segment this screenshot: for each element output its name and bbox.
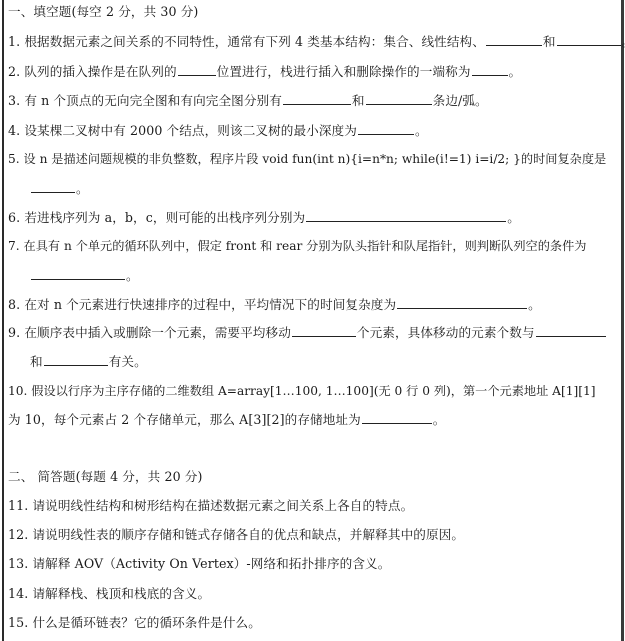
- question-number: 7.: [8, 239, 20, 253]
- question-7-continued: 。: [30, 267, 139, 285]
- question-5-continued: 。: [30, 180, 89, 198]
- answer-blank: [472, 63, 508, 76]
- question-10: 10. 假设以行序为主序存储的二维数组 A=array[1…100, 1…100…: [8, 382, 595, 400]
- answer-blank: [362, 411, 432, 424]
- answer-blank: [366, 92, 432, 105]
- question-9: 9. 在顺序表中插入或删除一个元素，需要平均移动个元素，具体移动的元素个数与: [8, 324, 607, 342]
- answer-blank: [44, 353, 108, 366]
- answer-blank: [178, 63, 216, 76]
- question-3: 3. 有 n 个顶点的无向完全图和有向完全图分别有和条边/弧。: [8, 92, 488, 110]
- question-number: 5.: [8, 152, 20, 166]
- question-number: 11.: [8, 498, 28, 513]
- answer-blank: [31, 180, 75, 193]
- answer-blank: [397, 296, 527, 309]
- answer-blank: [31, 267, 125, 280]
- question-9-continued: 和有关。: [30, 353, 147, 371]
- answer-blank: [358, 122, 414, 135]
- answer-blank: [283, 92, 351, 105]
- question-number: 6.: [8, 210, 20, 225]
- question-5: 5. 设 n 是描述问题规模的非负整数，程序片段 void fun(int n)…: [8, 150, 606, 168]
- question-number: 8.: [8, 297, 20, 312]
- question-number: 13.: [8, 556, 28, 571]
- question-12: 12. 请说明线性表的顺序存储和链式存储各自的优点和缺点，并解释其中的原因。: [8, 526, 464, 544]
- question-number: 9.: [8, 325, 20, 340]
- question-number: 14.: [8, 586, 28, 601]
- question-number: 4.: [8, 123, 20, 138]
- question-number: 12.: [8, 527, 28, 542]
- question-2: 2. 队列的插入操作是在队列的位置进行，栈进行插入和删除操作的一端称为。: [8, 63, 521, 81]
- question-number: 3.: [8, 93, 20, 108]
- question-8: 8. 在对 n 个元素进行快速排序的过程中，平均情况下的时间复杂度为。: [8, 296, 541, 314]
- answer-blank: [557, 33, 621, 46]
- section1-heading: 一、填空题(每空 2 分，共 30 分): [8, 3, 198, 21]
- answer-blank: [292, 324, 356, 337]
- question-10-continued: 为 10，每个元素占 2 个存储单元，那么 A[3][2]的存储地址为。: [8, 411, 446, 429]
- question-11: 11. 请说明线性结构和树形结构在描述数据元素之间关系上各自的特点。: [8, 497, 413, 515]
- question-6: 6. 若进栈序列为 a，b，c，则可能的出栈序列分别为。: [8, 209, 520, 227]
- question-number: 2.: [8, 64, 20, 79]
- answer-blank: [306, 209, 506, 222]
- question-number: 15.: [8, 615, 28, 630]
- page-right-border: [621, 0, 624, 641]
- answer-blank: [536, 324, 606, 337]
- question-13: 13. 请解释 AOV（Activity On Vertex）-网络和拓扑排序的…: [8, 555, 390, 573]
- question-7: 7. 在具有 n 个单元的循环队列中，假定 front 和 rear 分别为队头…: [8, 237, 586, 255]
- question-number: 10.: [8, 384, 27, 398]
- question-14: 14. 请解释栈、栈顶和栈底的含义。: [8, 585, 210, 603]
- section2-heading: 二、 简答题(每题 4 分，共 20 分): [8, 468, 203, 486]
- question-1: 1. 根据数据元素之间关系的不同特性，通常有下列 4 类基本结构：集合、线性结构…: [8, 33, 625, 51]
- question-4: 4. 设某棵二叉树中有 2000 个结点，则该二叉树的最小深度为。: [8, 122, 428, 140]
- question-number: 1.: [8, 34, 20, 49]
- page-left-border: [2, 0, 4, 641]
- question-15: 15. 什么是循环链表？它的循环条件是什么。: [8, 614, 261, 632]
- answer-blank: [486, 33, 542, 46]
